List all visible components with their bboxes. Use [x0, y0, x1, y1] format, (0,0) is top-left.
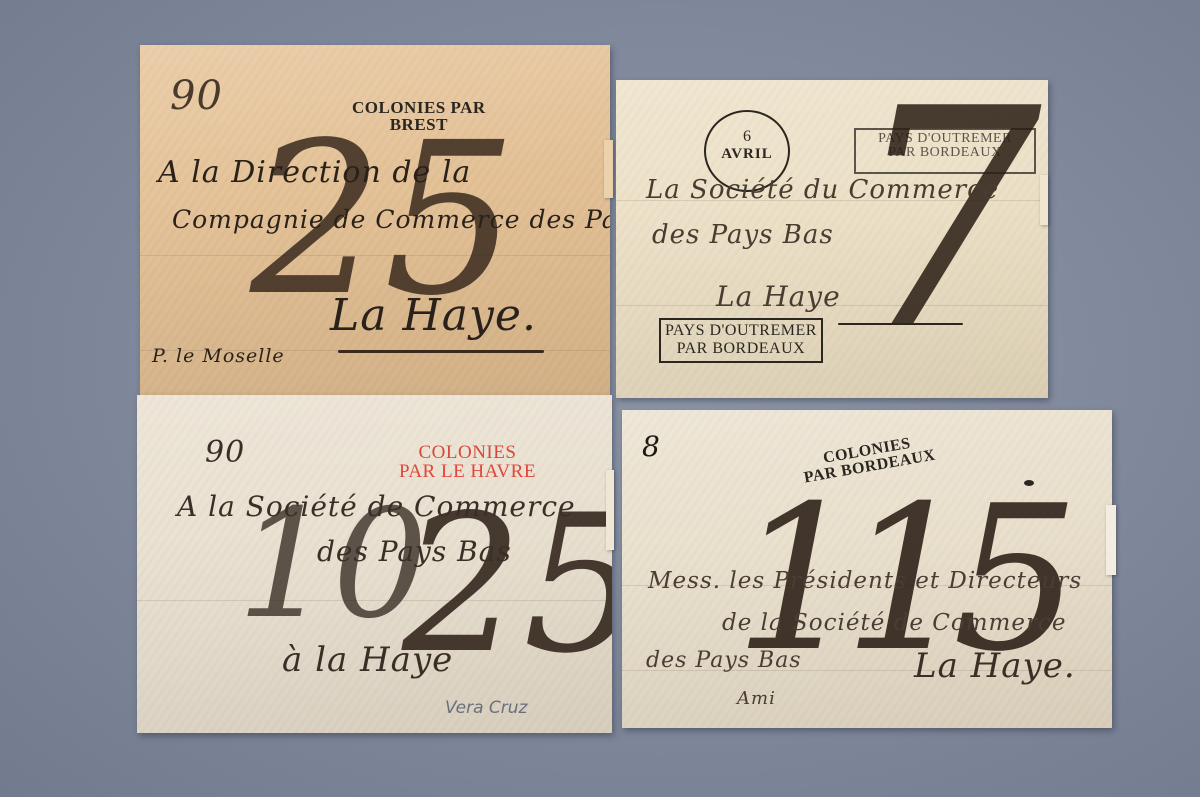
date-stamp-day: 6: [706, 128, 788, 146]
address-line-4: La Haye.: [914, 646, 1076, 686]
cover-colonies-par-le-havre: 90 COLONIES PAR LE HAVRE 10 25 A la Soci…: [137, 395, 612, 733]
marking-line-1: COLONIES: [399, 443, 536, 462]
marking-line-2: PAR BORDEAUX: [665, 340, 817, 358]
address-line-1: Mess. les Présidents et Directeurs: [648, 568, 1082, 594]
address-line-2: Compagnie de Commerce des Pays Bas.: [172, 205, 610, 234]
address-line-3: La Haye: [716, 280, 841, 313]
address-line-2: des Pays Bas: [317, 535, 512, 568]
letter-edge: [606, 470, 614, 550]
pencil-note: 90: [170, 73, 223, 119]
letter-edge: [1106, 505, 1116, 575]
cover-colonies-par-brest: 90 COLONIES PAR BREST 25 A la Direction …: [140, 45, 610, 395]
address-line-1: La Société du Commerce: [646, 175, 999, 205]
ship-endorsement: P. le Moselle: [152, 345, 285, 367]
pencil-note: 90: [205, 435, 245, 470]
address-line-2: des Pays Bas: [652, 220, 834, 250]
address-underline: [838, 323, 963, 325]
address-line-2: de la Société de Commerce: [722, 610, 1066, 636]
address-line-3: à la Haye: [282, 640, 453, 680]
pencil-note: 8: [642, 430, 661, 463]
cover-pays-doutremer-par-bordeaux: 6 AVRIL PAYS D'OUTREMER PAR BORDEAUX 7 L…: [616, 80, 1048, 398]
address-line-3: des Pays Bas: [646, 648, 802, 673]
marking-line-1: PAYS D'OUTREMER: [665, 322, 817, 340]
address-line-1: A la Société de Commerce: [177, 490, 576, 523]
rate-mark: 7: [851, 80, 1042, 370]
postal-marking: PAYS D'OUTREMER PAR BORDEAUX: [659, 318, 823, 363]
address-underline: [338, 350, 544, 353]
address-line-3: La Haye.: [330, 290, 537, 341]
ship-note: Ami: [737, 688, 776, 709]
letter-edge: [1040, 175, 1048, 225]
letter-edge: [604, 140, 613, 198]
address-line-1: A la Direction de la: [158, 155, 471, 190]
cover-colonies-par-bordeaux: 8 COLONIES PAR BORDEAUX 115 Mess. les Pr…: [622, 410, 1112, 728]
origin-note: Vera Cruz: [445, 698, 527, 718]
date-stamp-month: AVRIL: [706, 146, 788, 163]
